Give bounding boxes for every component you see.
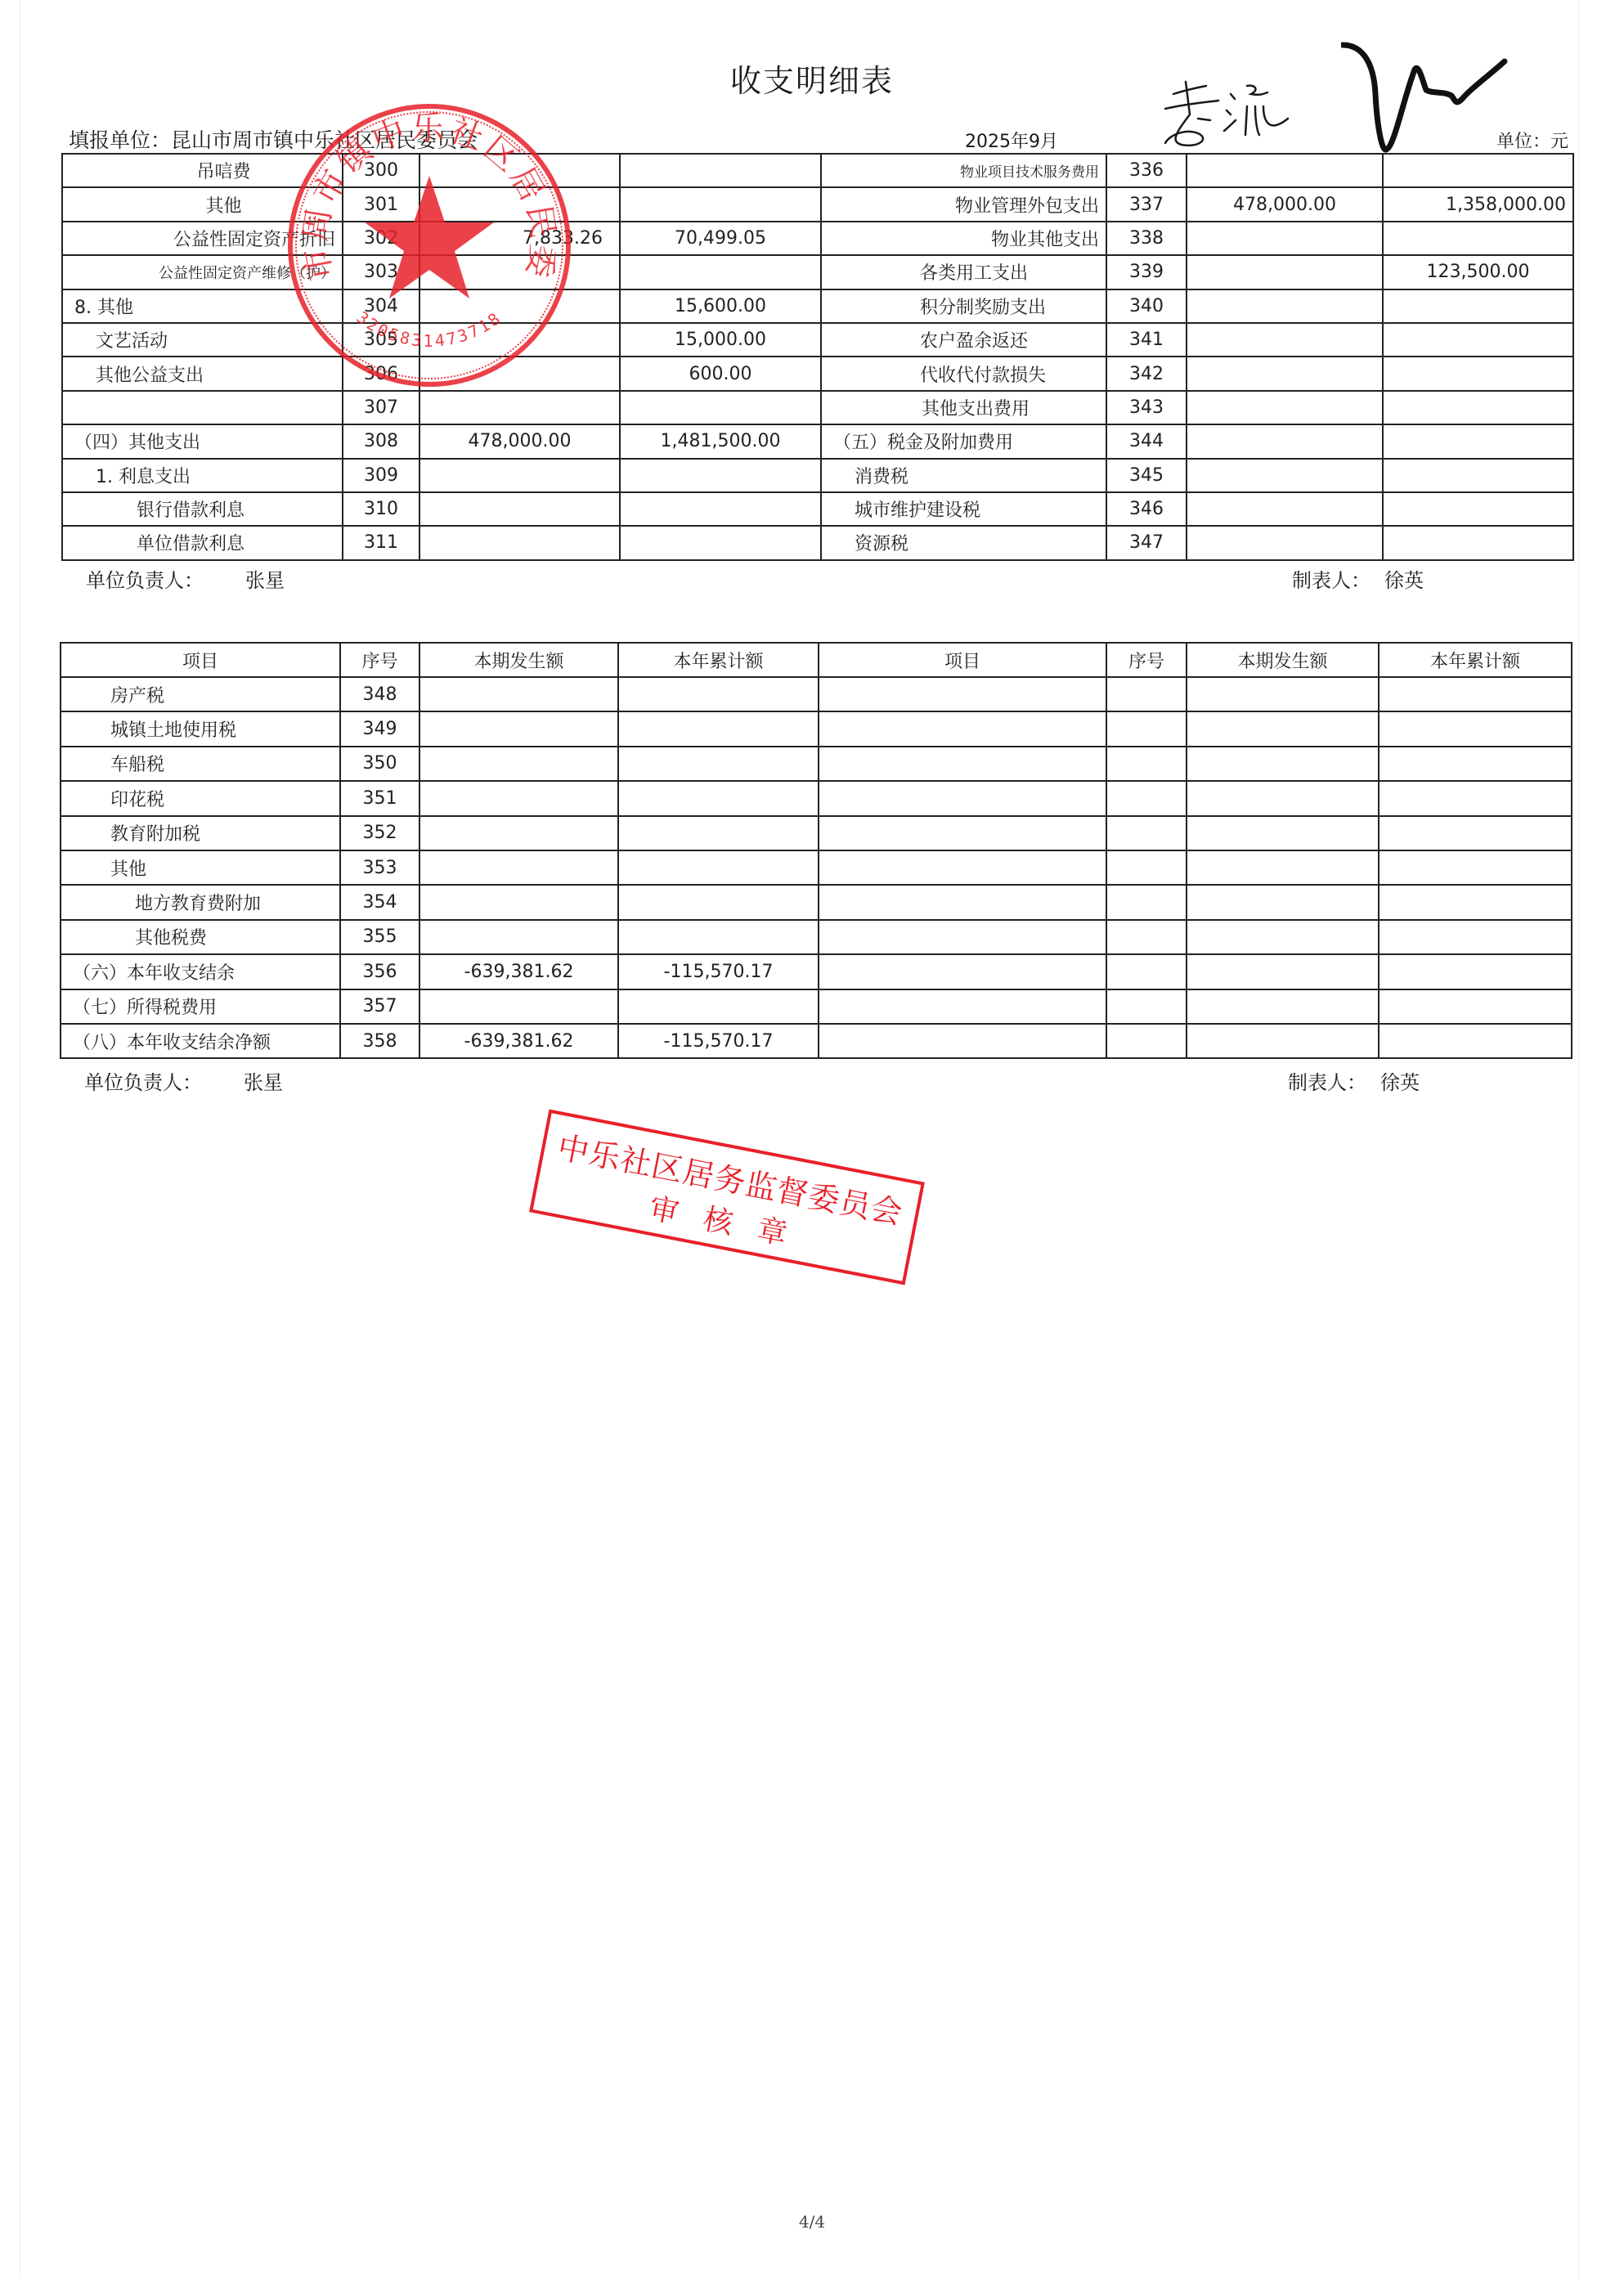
empty-cell: [1106, 816, 1187, 850]
table-row: 其他353: [61, 850, 1572, 885]
row-number-left: 311: [343, 526, 419, 559]
empty-cell: [1379, 954, 1572, 989]
empty-cell: [1187, 747, 1379, 781]
empty-cell: [1187, 989, 1379, 1024]
row-ytd-amount: [618, 920, 819, 954]
empty-cell: [1379, 989, 1572, 1024]
reporting-unit: 填报单位：昆山市周市镇中乐社区居民委员会: [69, 124, 478, 154]
table-row: 公益性固定资产维修（护）303各类用工支出339123,500.00: [62, 255, 1573, 289]
row-item-right: 消费税: [821, 459, 1106, 492]
row-current-amount-left: 7,833.26: [419, 222, 620, 255]
row-number-left: 308: [343, 424, 419, 458]
row-item: （六）本年收支结余: [61, 954, 340, 989]
row-ytd-amount-left: [620, 492, 821, 526]
row-current-amount-right: [1187, 391, 1383, 424]
row-current-amount-right: 478,000.00: [1187, 187, 1383, 221]
row-item-right: 物业其他支出: [821, 222, 1106, 255]
table-row: 公益性固定资产折旧3027,833.2670,499.05物业其他支出338: [62, 222, 1573, 255]
row-current-amount-left: [419, 323, 620, 357]
empty-cell: [1379, 885, 1572, 919]
row-ytd-amount-right: [1383, 222, 1573, 255]
row-item-right: 各类用工支出: [821, 255, 1106, 289]
row-ytd-amount-right: [1383, 526, 1573, 559]
row-item-right: （五）税金及附加费用: [821, 424, 1106, 458]
empty-cell: [1379, 816, 1572, 850]
row-current-amount-right: [1187, 459, 1383, 492]
table-row: （七）所得税费用357: [61, 989, 1572, 1024]
row-ytd-amount-right: 123,500.00: [1383, 255, 1573, 289]
row-item-left: 8. 其他: [62, 289, 343, 323]
table-row: （四）其他支出308478,000.001,481,500.00（五）税金及附加…: [62, 424, 1573, 458]
table-row: 其他税费355: [61, 920, 1572, 954]
row-number-right: 346: [1106, 492, 1187, 526]
row-item: 其他: [61, 850, 340, 885]
unit-head-label-1: 单位负责人：: [86, 564, 204, 593]
empty-cell: [819, 816, 1106, 850]
row-current-amount: [419, 816, 618, 850]
row-item: 教育附加税: [61, 816, 340, 850]
row-number-left: 307: [343, 391, 419, 424]
row-number: 358: [340, 1024, 419, 1058]
row-item-left: （四）其他支出: [62, 424, 343, 458]
row-current-amount: -639,381.62: [419, 1024, 618, 1058]
table-row: 8. 其他30415,600.00积分制奖励支出340: [62, 289, 1573, 323]
empty-cell: [1187, 781, 1379, 815]
empty-cell: [819, 850, 1106, 885]
table-row: 其他公益支出306600.00代收代付款损失342: [62, 357, 1573, 390]
empty-cell: [1106, 885, 1187, 919]
row-number: 353: [340, 850, 419, 885]
empty-cell: [819, 747, 1106, 781]
row-number-left: 300: [343, 154, 419, 187]
row-ytd-amount-left: 1,481,500.00: [620, 424, 821, 458]
row-ytd-amount-right: [1383, 154, 1573, 187]
empty-cell: [1187, 711, 1379, 746]
table-row: 教育附加税352: [61, 816, 1572, 850]
row-item: 房产税: [61, 677, 340, 711]
page-edge-right: [1578, 0, 1579, 2279]
row-current-amount-right: [1187, 255, 1383, 289]
row-ytd-amount: [618, 781, 819, 815]
table-row: （八）本年收支结余净额358-639,381.62-115,570.17: [61, 1024, 1572, 1058]
row-ytd-amount-right: [1383, 424, 1573, 458]
row-number-right: 347: [1106, 526, 1187, 559]
row-number: 356: [340, 954, 419, 989]
empty-cell: [819, 954, 1106, 989]
row-number-left: 304: [343, 289, 419, 323]
row-ytd-amount-right: [1383, 323, 1573, 357]
row-current-amount: [419, 885, 618, 919]
row-current-amount-left: [419, 187, 620, 221]
row-item-left: 银行借款利息: [62, 492, 343, 526]
empty-cell: [1187, 816, 1379, 850]
empty-cell: [1106, 920, 1187, 954]
empty-cell: [1187, 1024, 1379, 1058]
row-number-right: 339: [1106, 255, 1187, 289]
row-number: 354: [340, 885, 419, 919]
page-edge-left: [20, 0, 20, 2279]
table-row: 其他301物业管理外包支出337478,000.001,358,000.00: [62, 187, 1573, 221]
row-ytd-amount-left: [620, 187, 821, 221]
row-ytd-amount-right: 1,358,000.00: [1383, 187, 1573, 221]
row-ytd-amount-right: [1383, 459, 1573, 492]
audit-seal-line2: 审 核 章: [534, 1164, 911, 1276]
row-item-left: 其他公益支出: [62, 357, 343, 390]
row-ytd-amount: -115,570.17: [618, 954, 819, 989]
row-item-left: 吊唁费: [62, 154, 343, 187]
row-ytd-amount: [618, 677, 819, 711]
row-item-right: 积分制奖励支出: [821, 289, 1106, 323]
row-number: 352: [340, 816, 419, 850]
empty-cell: [1106, 747, 1187, 781]
preparer-label-2: 制表人：: [1288, 1066, 1366, 1095]
empty-cell: [1187, 677, 1379, 711]
table-row: 单位借款利息311资源税347: [62, 526, 1573, 559]
unit-head-name-1: 张星: [245, 564, 285, 593]
row-item: （七）所得税费用: [61, 989, 340, 1024]
empty-cell: [1106, 954, 1187, 989]
row-item-right: 资源税: [821, 526, 1106, 559]
preparer-name-1: 徐英: [1384, 564, 1424, 593]
page-number: 4/4: [0, 2212, 1624, 2232]
column-header: 序号: [340, 643, 419, 677]
empty-cell: [1379, 747, 1572, 781]
row-current-amount-left: [419, 492, 620, 526]
row-current-amount-right: [1187, 492, 1383, 526]
income-expense-table-2: 项目序号本期发生额本年累计额项目序号本期发生额本年累计额 房产税348城镇土地使…: [60, 642, 1572, 1059]
column-header: 本期发生额: [419, 643, 618, 677]
audit-seal: 中乐社区居务监督委员会 审 核 章: [529, 1110, 925, 1285]
row-item-left: 其他: [62, 187, 343, 221]
row-number: 355: [340, 920, 419, 954]
empty-cell: [1106, 677, 1187, 711]
unit-head-label-2: 单位负责人：: [84, 1066, 202, 1095]
empty-cell: [1106, 711, 1187, 746]
row-current-amount: [419, 711, 618, 746]
row-number-left: 305: [343, 323, 419, 357]
unit-head-name-2: 张星: [244, 1066, 283, 1095]
row-item-right: 物业管理外包支出: [821, 187, 1106, 221]
row-number-left: 306: [343, 357, 419, 390]
row-current-amount-left: [419, 459, 620, 492]
column-header: 序号: [1106, 643, 1187, 677]
row-current-amount: [419, 747, 618, 781]
row-ytd-amount: [618, 850, 819, 885]
empty-cell: [1379, 920, 1572, 954]
row-current-amount: -639,381.62: [419, 954, 618, 989]
preparer-label-1: 制表人：: [1292, 564, 1371, 593]
row-item: 地方教育费附加: [61, 885, 340, 919]
empty-cell: [1379, 677, 1572, 711]
row-item-left: 公益性固定资产折旧: [62, 222, 343, 255]
column-header: 项目: [61, 643, 340, 677]
row-number-right: 341: [1106, 323, 1187, 357]
row-ytd-amount-left: [620, 459, 821, 492]
row-current-amount-right: [1187, 154, 1383, 187]
table-row: 307其他支出费用343: [62, 391, 1573, 424]
empty-cell: [1379, 711, 1572, 746]
row-number-right: 337: [1106, 187, 1187, 221]
row-current-amount-right: [1187, 424, 1383, 458]
row-item: 车船税: [61, 747, 340, 781]
row-ytd-amount: [618, 885, 819, 919]
empty-cell: [819, 920, 1106, 954]
row-item-right: 城市维护建设税: [821, 492, 1106, 526]
audit-seal-line1: 中乐社区居务监督委员会: [542, 1119, 920, 1236]
empty-cell: [1106, 850, 1187, 885]
row-ytd-amount-left: 15,000.00: [620, 323, 821, 357]
row-current-amount-left: [419, 154, 620, 187]
row-current-amount-left: [419, 526, 620, 559]
row-ytd-amount: [618, 989, 819, 1024]
row-ytd-amount-left: 70,499.05: [620, 222, 821, 255]
row-ytd-amount-right: [1383, 391, 1573, 424]
empty-cell: [1106, 1024, 1187, 1058]
empty-cell: [819, 711, 1106, 746]
empty-cell: [1187, 885, 1379, 919]
table-row: 印花税351: [61, 781, 1572, 815]
empty-cell: [1379, 1024, 1572, 1058]
row-item-left: 1. 利息支出: [62, 459, 343, 492]
row-current-amount-right: [1187, 222, 1383, 255]
empty-cell: [1106, 781, 1187, 815]
row-current-amount-right: [1187, 289, 1383, 323]
empty-cell: [819, 885, 1106, 919]
row-ytd-amount: [618, 711, 819, 746]
row-ytd-amount-left: [620, 526, 821, 559]
row-item-left: 公益性固定资产维修（护）: [62, 255, 343, 289]
row-item-right: 其他支出费用: [821, 391, 1106, 424]
row-ytd-amount: -115,570.17: [618, 1024, 819, 1058]
row-ytd-amount-left: 15,600.00: [620, 289, 821, 323]
empty-cell: [1187, 920, 1379, 954]
row-number-right: 340: [1106, 289, 1187, 323]
row-ytd-amount-left: 600.00: [620, 357, 821, 390]
row-ytd-amount-left: [620, 255, 821, 289]
row-number-left: 303: [343, 255, 419, 289]
row-item: （八）本年收支结余净额: [61, 1024, 340, 1058]
row-ytd-amount-right: [1383, 357, 1573, 390]
table-row: 城镇土地使用税349: [61, 711, 1572, 746]
row-number-right: 345: [1106, 459, 1187, 492]
preparer-name-2: 徐英: [1380, 1066, 1420, 1095]
row-item: 印花税: [61, 781, 340, 815]
row-current-amount: [419, 677, 618, 711]
table-row: 车船税350: [61, 747, 1572, 781]
row-ytd-amount: [618, 747, 819, 781]
row-number-right: 336: [1106, 154, 1187, 187]
empty-cell: [1187, 954, 1379, 989]
row-item-left: 单位借款利息: [62, 526, 343, 559]
row-item-right: 物业项目技术服务费用: [821, 154, 1106, 187]
row-current-amount-right: [1187, 357, 1383, 390]
row-number: 357: [340, 989, 419, 1024]
empty-cell: [1106, 989, 1187, 1024]
row-item-right: 农户盈余返还: [821, 323, 1106, 357]
row-current-amount-left: [419, 391, 620, 424]
row-number-left: 301: [343, 187, 419, 221]
row-ytd-amount-left: [620, 154, 821, 187]
row-ytd-amount-left: [620, 391, 821, 424]
table-row: （六）本年收支结余356-639,381.62-115,570.17: [61, 954, 1572, 989]
empty-cell: [1379, 781, 1572, 815]
column-header: 本年累计额: [618, 643, 819, 677]
row-number-right: 342: [1106, 357, 1187, 390]
row-number: 349: [340, 711, 419, 746]
table-row: 房产税348: [61, 677, 1572, 711]
row-current-amount-left: [419, 289, 620, 323]
table-row: 吊唁费300物业项目技术服务费用336: [62, 154, 1573, 187]
row-current-amount: [419, 920, 618, 954]
column-header: 本期发生额: [1187, 643, 1379, 677]
table-row: 银行借款利息310城市维护建设税346: [62, 492, 1573, 526]
signature-scribble: [1341, 37, 1521, 159]
column-header: 项目: [819, 643, 1106, 677]
row-ytd-amount-right: [1383, 289, 1573, 323]
row-ytd-amount-right: [1383, 492, 1573, 526]
table-row: 地方教育费附加354: [61, 885, 1572, 919]
row-number-left: 310: [343, 492, 419, 526]
table-row: 文艺活动30515,000.00农户盈余返还341: [62, 323, 1573, 357]
empty-cell: [819, 677, 1106, 711]
report-period: 2025年9月: [965, 128, 1058, 153]
row-current-amount-right: [1187, 323, 1383, 357]
row-current-amount-left: 478,000.00: [419, 424, 620, 458]
row-item: 城镇土地使用税: [61, 711, 340, 746]
empty-cell: [1187, 850, 1379, 885]
row-current-amount-right: [1187, 526, 1383, 559]
row-number-right: 343: [1106, 391, 1187, 424]
row-item: 其他税费: [61, 920, 340, 954]
row-number: 348: [340, 677, 419, 711]
row-current-amount: [419, 989, 618, 1024]
income-expense-table-1: 吊唁费300物业项目技术服务费用336其他301物业管理外包支出337478,0…: [61, 153, 1574, 561]
row-item-right: 代收代付款损失: [821, 357, 1106, 390]
row-current-amount-left: [419, 357, 620, 390]
row-number-left: 302: [343, 222, 419, 255]
row-number: 350: [340, 747, 419, 781]
empty-cell: [819, 1024, 1106, 1058]
row-current-amount: [419, 850, 618, 885]
row-number-right: 344: [1106, 424, 1187, 458]
row-current-amount: [419, 781, 618, 815]
row-item-left: 文艺活动: [62, 323, 343, 357]
row-number-left: 309: [343, 459, 419, 492]
column-header: 本年累计额: [1379, 643, 1572, 677]
empty-cell: [819, 781, 1106, 815]
row-item-left: [62, 391, 343, 424]
row-number-right: 338: [1106, 222, 1187, 255]
table-row: 1. 利息支出309消费税345: [62, 459, 1573, 492]
signature-li-liu: [1141, 70, 1304, 159]
row-number: 351: [340, 781, 419, 815]
row-current-amount-left: [419, 255, 620, 289]
empty-cell: [1379, 850, 1572, 885]
row-ytd-amount: [618, 816, 819, 850]
empty-cell: [819, 989, 1106, 1024]
